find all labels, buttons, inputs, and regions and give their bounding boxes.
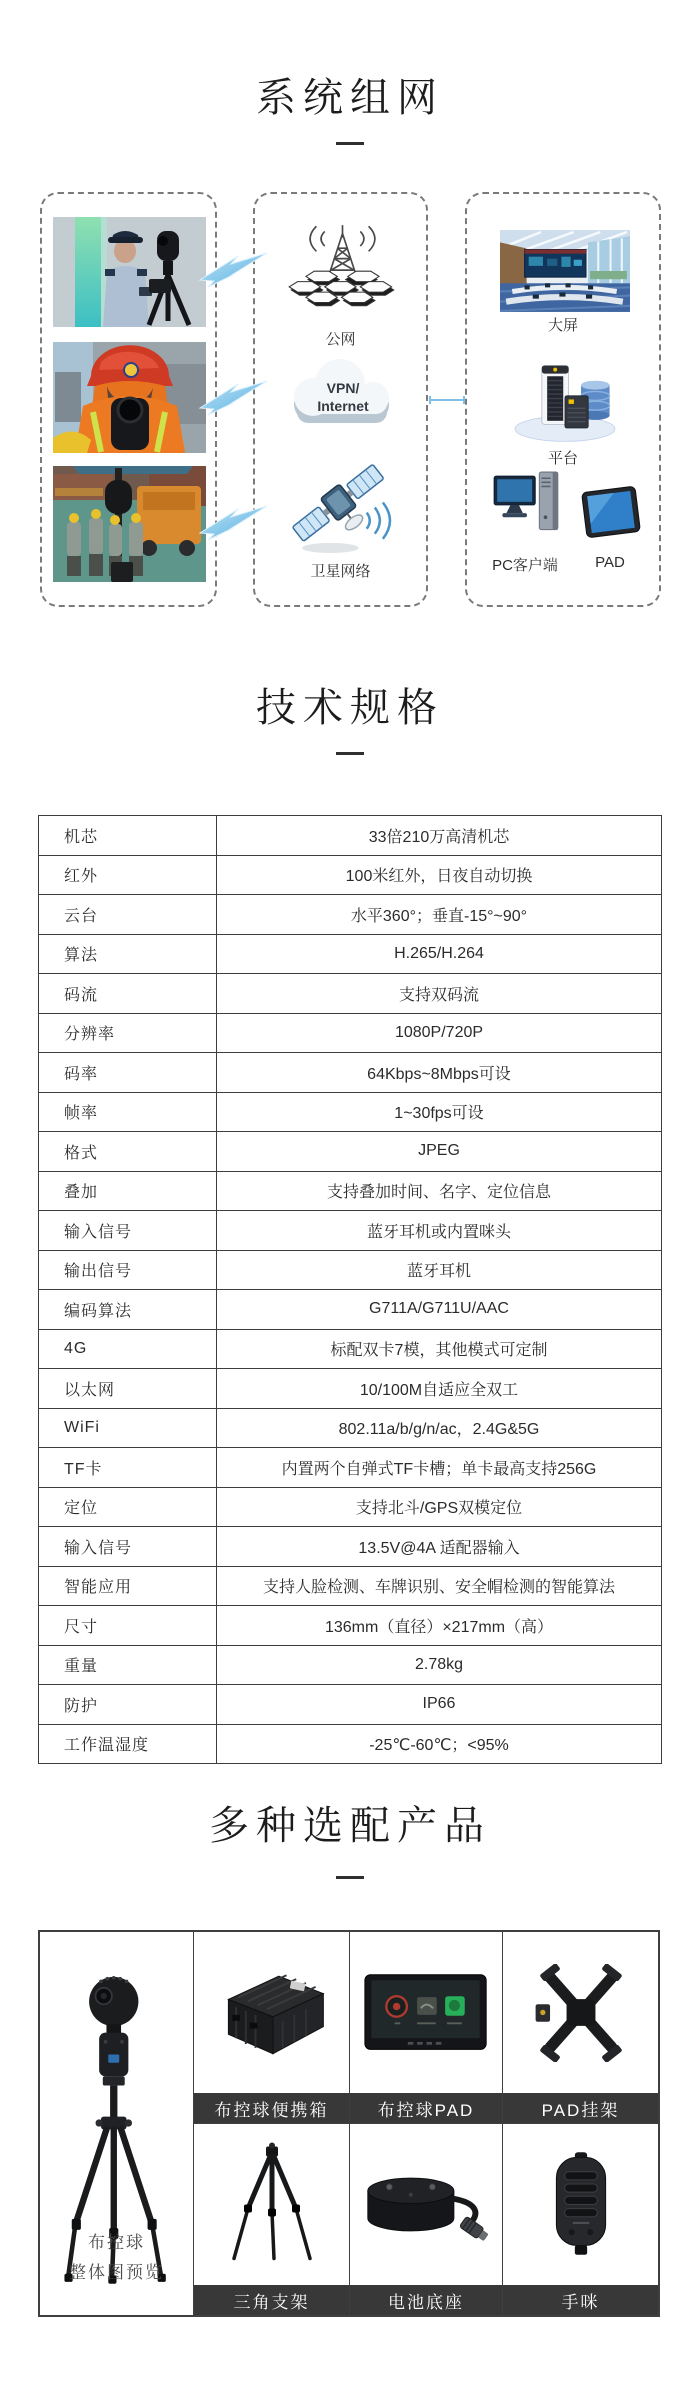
spec-value: 支持叠加时间、名字、定位信息 <box>217 1171 662 1211</box>
photo-police-officer-with-ball-camera <box>53 217 206 327</box>
spec-value: 136mm（直径）×217mm（高） <box>217 1606 662 1646</box>
spec-value: 10/100M自适应全双工 <box>217 1369 662 1409</box>
spec-value: 100米红外，日夜自动切换 <box>217 855 662 895</box>
spec-label: 重量 <box>39 1645 217 1685</box>
spec-row: 叠加 支持叠加时间、名字、定位信息 <box>39 1171 662 1211</box>
spec-row: 分辨率 1080P/720P <box>39 1013 662 1053</box>
spec-row: 以太网 10/100M自适应全双工 <box>39 1369 662 1409</box>
spec-row: 重量 2.78kg <box>39 1645 662 1685</box>
accessory-preview-caption: 布控球 整体图预览 <box>40 2228 193 2288</box>
spec-value: 802.11a/b/g/n/ac，2.4G&5G <box>217 1408 662 1448</box>
spec-value: 支持人脸检测、车牌识别、安全帽检测的智能算法 <box>217 1566 662 1606</box>
accessory-label: 布控球PAD <box>350 2093 502 2123</box>
spec-label: 算法 <box>39 934 217 974</box>
spec-label: 以太网 <box>39 1369 217 1409</box>
spec-label: 智能应用 <box>39 1566 217 1606</box>
spec-table: 机芯 33倍210万高清机芯 红外 100米红外，日夜自动切换 云台 水平360… <box>38 815 662 1764</box>
spec-value: -25℃-60℃；<95% <box>217 1724 662 1764</box>
spec-value: 标配双卡7模，其他模式可定制 <box>217 1329 662 1369</box>
photo-rescuer-red-helmet-device <box>53 342 206 453</box>
spec-row: 4G 标配双卡7模，其他模式可定制 <box>39 1329 662 1369</box>
spec-value: 水平360°；垂直-15°~90° <box>217 895 662 935</box>
spec-label: 编码算法 <box>39 1290 217 1330</box>
lightning-arrow-icon <box>198 378 268 416</box>
spec-row: 红外 100米红外，日夜自动切换 <box>39 855 662 895</box>
spec-row: WiFi 802.11a/b/g/n/ac，2.4G&5G <box>39 1408 662 1448</box>
spec-value: 1080P/720P <box>217 1013 662 1053</box>
spec-label: 码流 <box>39 974 217 1014</box>
platform-box: 大屏 平台 <box>465 192 661 607</box>
desktop-pc-icon <box>493 470 561 546</box>
accessory-preview-cell: 布控球 整体图预览 <box>40 1932 193 2315</box>
lightning-arrow-icon <box>198 503 268 541</box>
title-divider <box>336 142 364 145</box>
spec-label: 防护 <box>39 1685 217 1725</box>
spec-label: 叠加 <box>39 1171 217 1211</box>
spec-row: 输入信号 蓝牙耳机或内置咪头 <box>39 1211 662 1251</box>
spec-row: 码流 支持双码流 <box>39 974 662 1014</box>
spec-value: 1~30fps可设 <box>217 1092 662 1132</box>
platform-item-label: 平台 <box>467 447 659 468</box>
control-room-image <box>500 230 630 312</box>
platform-item-label: PAD <box>575 554 645 571</box>
accessories-grid: 布控球 整体图预览 布控球便携箱 <box>38 1930 660 2317</box>
spec-value: IP66 <box>217 1685 662 1725</box>
title-divider <box>336 1876 364 1879</box>
spec-value: 支持双码流 <box>217 974 662 1014</box>
spec-row: 智能应用 支持人脸检测、车牌识别、安全帽检测的智能算法 <box>39 1566 662 1606</box>
product-page: 系统组网 <box>0 0 700 2389</box>
spec-label: TF卡 <box>39 1448 217 1488</box>
spec-label: WiFi <box>39 1408 217 1448</box>
spec-row: TF卡 内置两个自弹式TF卡槽；单卡最高支持256G <box>39 1448 662 1488</box>
accessory-cell-battery-base: 电池底座 <box>349 2123 502 2315</box>
cell-tower-icon <box>285 208 400 326</box>
tripod-image <box>194 2124 349 2285</box>
spec-value: JPEG <box>217 1132 662 1172</box>
spec-row: 输入信号 13.5V@4A 适配器输入 <box>39 1527 662 1567</box>
spec-value: 内置两个自弹式TF卡槽；单卡最高支持256G <box>217 1448 662 1488</box>
spec-row: 码率 64Kbps~8Mbps可设 <box>39 1053 662 1093</box>
network-types-box: 公网 VPN/ Internet <box>253 192 428 607</box>
pad-mount-image <box>503 1932 658 2093</box>
network-to-platform-link <box>429 399 465 401</box>
spec-value: 蓝牙耳机 <box>217 1250 662 1290</box>
section-title-specs: 技术规格 <box>0 676 700 733</box>
satellite-icon <box>283 450 401 556</box>
spec-label: 红外 <box>39 855 217 895</box>
preview-caption-line2: 整体图预览 <box>40 2258 193 2288</box>
spec-row: 格式 JPEG <box>39 1132 662 1172</box>
spec-label: 定位 <box>39 1487 217 1527</box>
spec-row: 帧率 1~30fps可设 <box>39 1092 662 1132</box>
device-scenarios-box <box>40 192 217 607</box>
photo-workers-with-camera-pole <box>53 466 206 582</box>
spec-label: 工作温湿度 <box>39 1724 217 1764</box>
spec-label: 云台 <box>39 895 217 935</box>
spec-value: 支持北斗/GPS双模定位 <box>217 1487 662 1527</box>
spec-row: 防护 IP66 <box>39 1685 662 1725</box>
cloud-icon: VPN/ Internet <box>277 357 407 437</box>
spec-value: 33倍210万高清机芯 <box>217 816 662 856</box>
lightning-arrow-icon <box>198 250 268 288</box>
accessory-cell-control-pad: 布控球PAD <box>349 1932 502 2123</box>
title-divider <box>336 752 364 755</box>
control-pad-image <box>350 1932 502 2093</box>
accessory-label: PAD挂架 <box>503 2093 658 2123</box>
tablet-icon <box>581 480 641 544</box>
spec-label: 尺寸 <box>39 1606 217 1646</box>
spec-value: G711A/G711U/AAC <box>217 1290 662 1330</box>
spec-label: 输入信号 <box>39 1211 217 1251</box>
spec-value: 2.78kg <box>217 1645 662 1685</box>
accessory-cell-pad-mount: PAD挂架 <box>502 1932 658 2123</box>
spec-row: 编码算法 G711A/G711U/AAC <box>39 1290 662 1330</box>
spec-label: 输出信号 <box>39 1250 217 1290</box>
spec-row: 输出信号 蓝牙耳机 <box>39 1250 662 1290</box>
network-item-label: 卫星网络 <box>255 560 426 581</box>
spec-row: 机芯 33倍210万高清机芯 <box>39 816 662 856</box>
spec-label: 码率 <box>39 1053 217 1093</box>
spec-label: 帧率 <box>39 1092 217 1132</box>
spec-label: 4G <box>39 1329 217 1369</box>
section-title-networking: 系统组网 <box>0 66 700 123</box>
spec-row: 尺寸 136mm（直径）×217mm（高） <box>39 1606 662 1646</box>
spec-label: 格式 <box>39 1132 217 1172</box>
spec-row: 工作温湿度 -25℃-60℃；<95% <box>39 1724 662 1764</box>
spec-label: 输入信号 <box>39 1527 217 1567</box>
platform-item-label: 大屏 <box>467 314 659 335</box>
spec-value: 蓝牙耳机或内置咪头 <box>217 1211 662 1251</box>
accessory-label: 布控球便携箱 <box>194 2093 349 2123</box>
accessory-label: 三角支架 <box>194 2285 349 2315</box>
accessory-cell-tripod: 三角支架 <box>193 2123 349 2315</box>
accessory-label: 手咪 <box>503 2285 658 2315</box>
spec-label: 分辨率 <box>39 1013 217 1053</box>
vpn-label: VPN/ <box>327 380 360 396</box>
spec-row: 云台 水平360°；垂直-15°~90° <box>39 895 662 935</box>
server-platform-icon <box>505 362 625 444</box>
hand-mic-image <box>503 2124 658 2285</box>
spec-value: 13.5V@4A 适配器输入 <box>217 1527 662 1567</box>
spec-value: 64Kbps~8Mbps可设 <box>217 1053 662 1093</box>
spec-row: 算法 H.265/H.264 <box>39 934 662 974</box>
accessory-cell-carry-case: 布控球便携箱 <box>193 1932 349 2123</box>
internet-label: Internet <box>317 398 369 414</box>
carry-case-image <box>194 1932 349 2093</box>
section-title-accessories: 多种选配产品 <box>0 1794 700 1851</box>
preview-caption-line1: 布控球 <box>40 2228 193 2258</box>
network-item-label: 公网 <box>255 328 426 349</box>
platform-item-label: PC客户端 <box>473 554 577 575</box>
accessory-cell-hand-mic: 手咪 <box>502 2123 658 2315</box>
spec-value: H.265/H.264 <box>217 934 662 974</box>
accessory-label: 电池底座 <box>350 2285 502 2315</box>
spec-row: 定位 支持北斗/GPS双模定位 <box>39 1487 662 1527</box>
spec-label: 机芯 <box>39 816 217 856</box>
battery-base-image <box>350 2124 502 2285</box>
